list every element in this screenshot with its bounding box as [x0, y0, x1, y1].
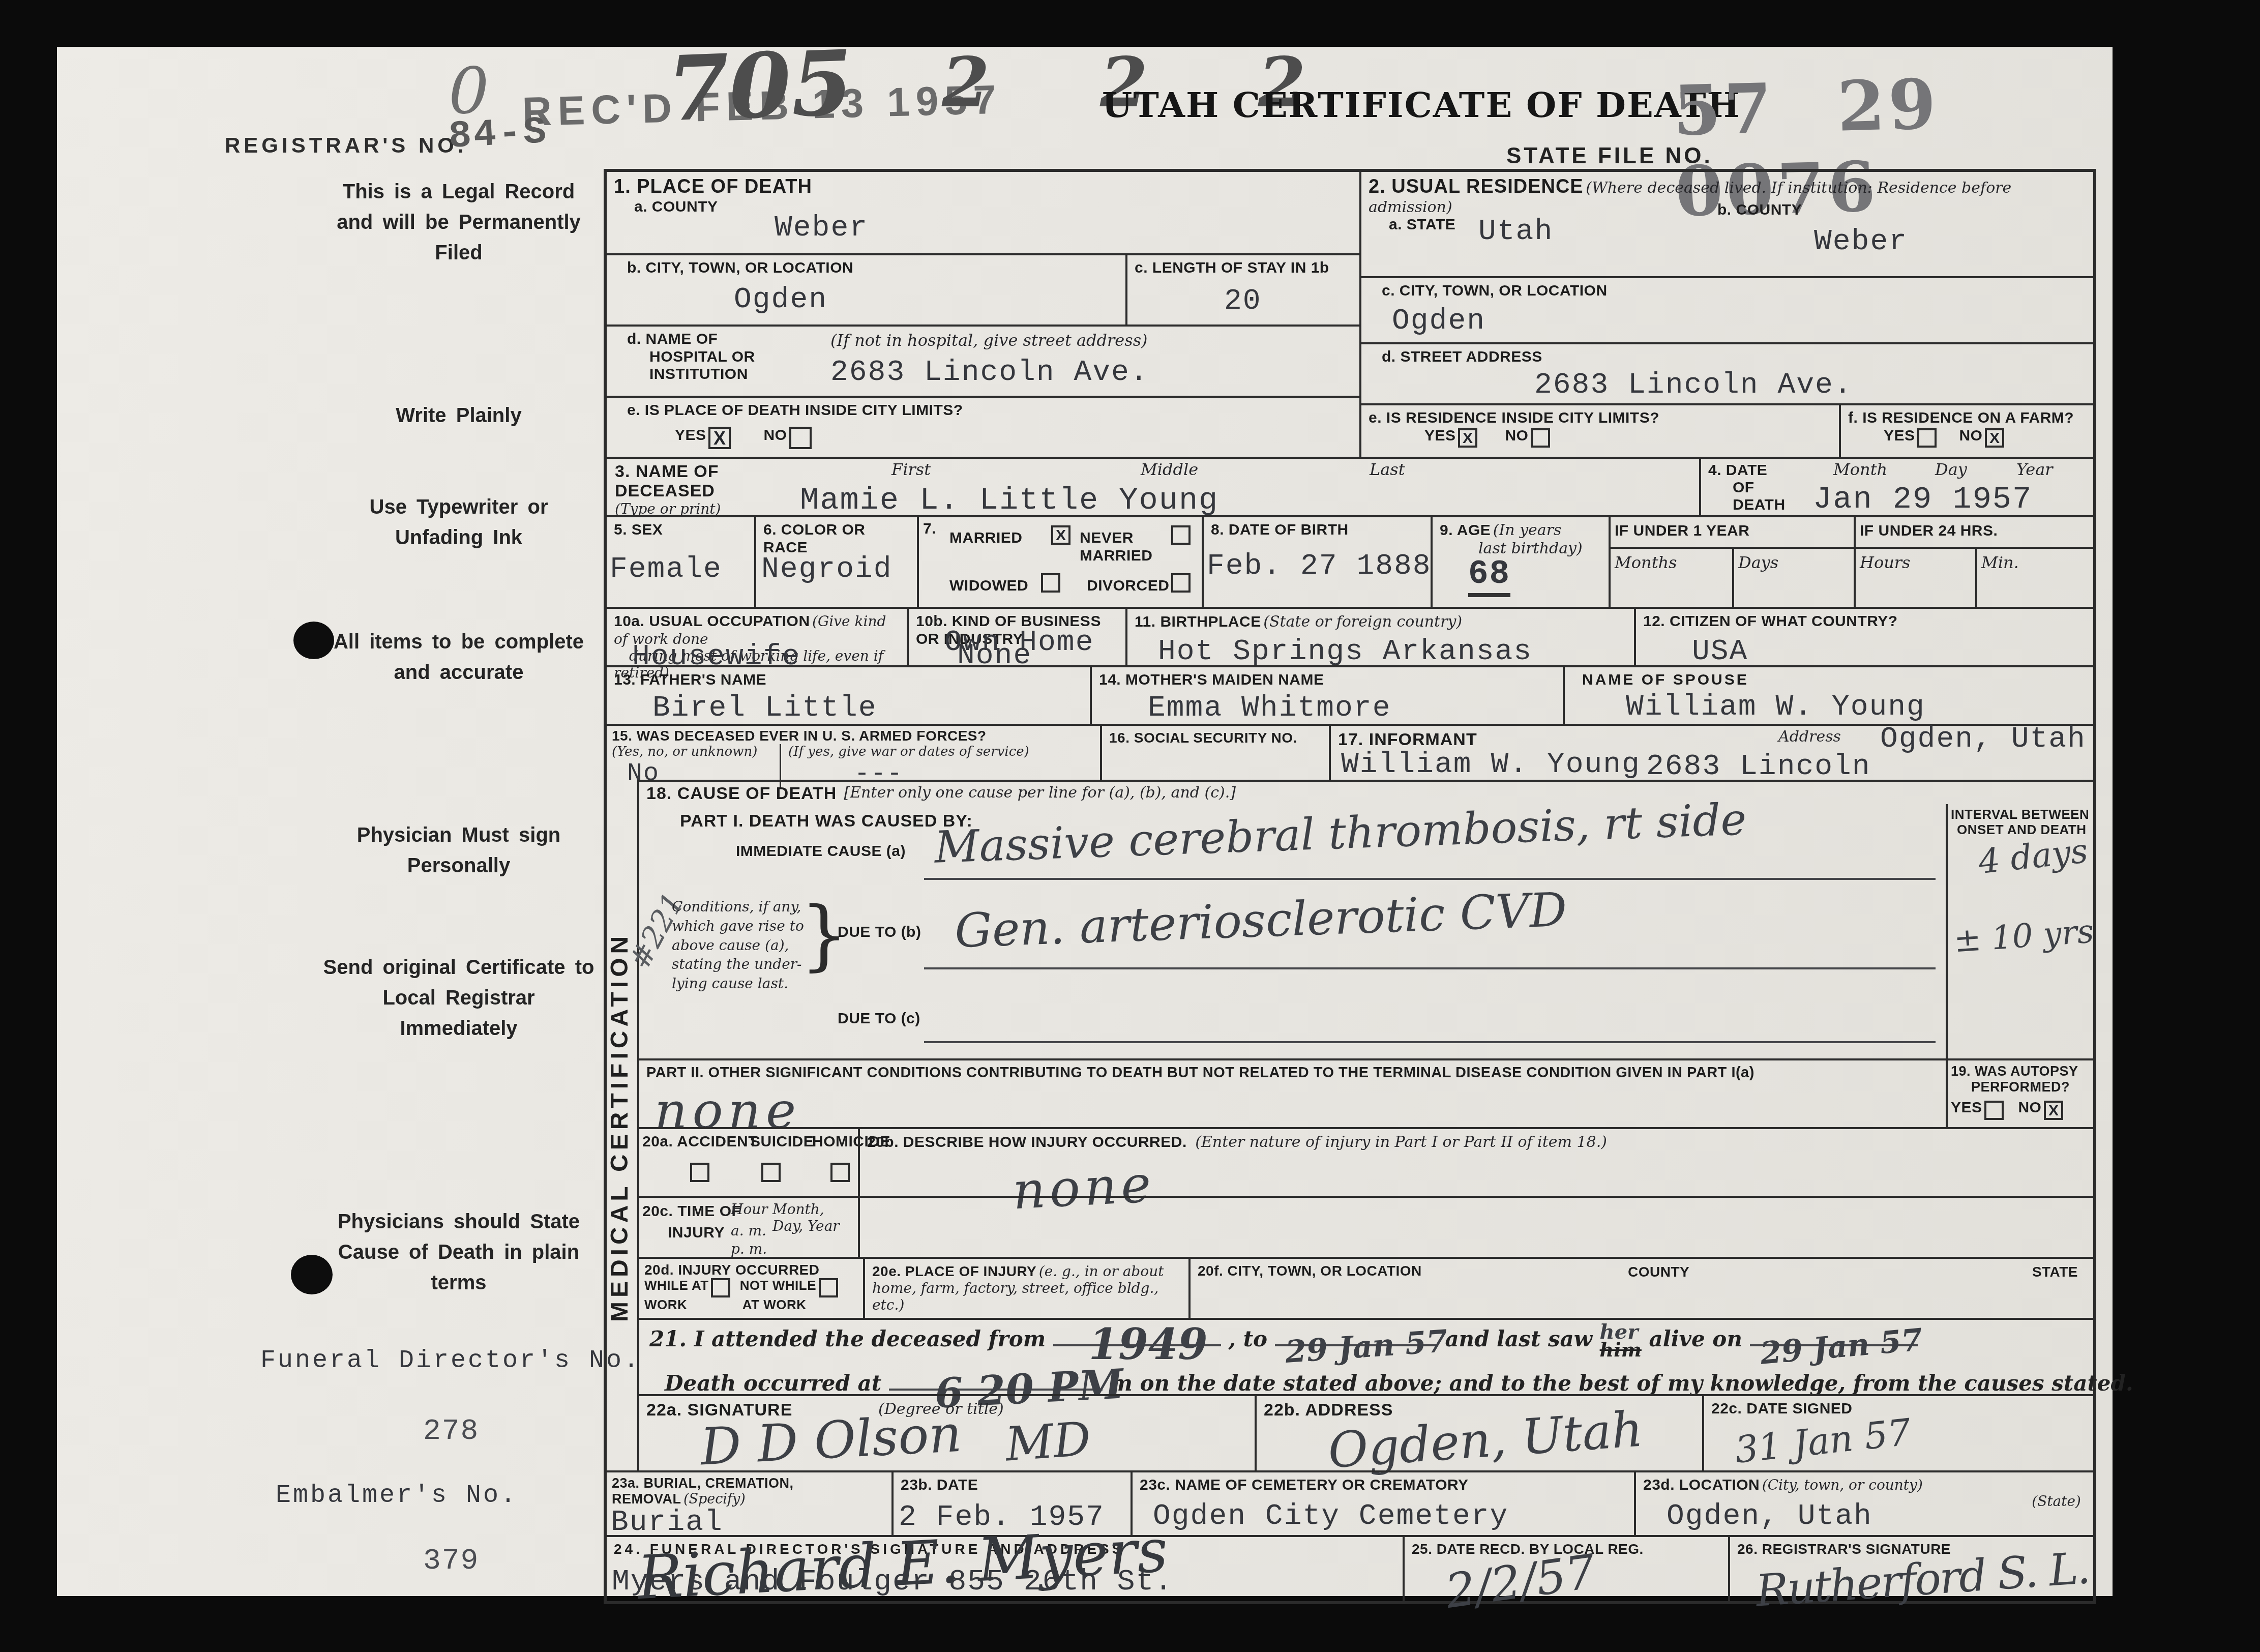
res-county-label: b. COUNTY: [1717, 201, 1802, 219]
row-18a: PART I. DEATH WAS CAUSED BY: IMMEDIATE C…: [639, 804, 2093, 893]
scanned-death-certificate: This is a Legal Record and will be Perma…: [0, 0, 2260, 1652]
res-city-limits-label: e. IS RESIDENCE INSIDE CITY LIMITS?: [1369, 409, 1659, 426]
father-value: Birel Little: [652, 692, 877, 725]
cell-20d-occurred: 20d. INJURY OCCURRED WHILE AT NOT WHILE …: [639, 1259, 863, 1318]
armed-note-1: (Yes, no, or unknown): [612, 744, 757, 759]
cause-of-death-header: 18. CAUSE OF DEATH: [646, 784, 837, 802]
attended-text-1: 21. I attended the deceased from: [649, 1326, 1046, 1351]
cell-10b-industry: 10b. KIND OF BUSINESS OR INDUSTRY Own Ho…: [907, 609, 1125, 665]
attended-to-value: 29 Jan 57: [1284, 1324, 1448, 1369]
age-label: 9. AGE: [1440, 522, 1491, 539]
death-city-limits-yes-checkbox: X: [708, 427, 731, 449]
middle-label: Middle: [1141, 460, 1198, 479]
cemetery-value: Ogden City Cemetery: [1153, 1500, 1508, 1533]
cell-spouse: NAME OF SPOUSE William W. Young: [1563, 667, 2093, 724]
month-label: Month: [1833, 460, 1887, 479]
interval-a-value: 4 days: [1977, 831, 2090, 881]
cell-2-state-county: 2. USUAL RESIDENCE (Where deceased lived…: [1361, 172, 2093, 276]
part2-label: PART II. OTHER SIGNIFICANT CONDITIONS CO…: [646, 1065, 1755, 1081]
cell-8-dob: 8. DATE OF BIRTH Feb. 27 1888: [1202, 517, 1431, 607]
attended-text-4: alive on: [1649, 1326, 1742, 1351]
immediate-cause-label: IMMEDIATE CAUSE (a): [736, 843, 906, 861]
date-signed-label: 22c. DATE SIGNED: [1711, 1400, 1853, 1417]
injury-state-label: STATE: [2032, 1264, 2078, 1280]
cell-20c-time: 20c. TIME OF INJURY Hour a. m. p. m. Mon…: [639, 1198, 858, 1257]
cell-22a-signature: 22a. SIGNATURE (Degree or title) D D Ols…: [639, 1396, 1255, 1470]
hour-label: Hour: [731, 1201, 768, 1218]
time-injury-label-1: 20c. TIME OF: [642, 1203, 741, 1221]
under-1-year-label: IF UNDER 1 YEAR: [1611, 517, 1854, 547]
cell-26-registrar: 26. REGISTRAR'S SIGNATURE Rutherford S. …: [1728, 1537, 2093, 1601]
cause-c-line: [924, 1041, 1936, 1043]
informant-label: 17. INFORMANT: [1338, 730, 1477, 749]
cell-24-funeral-director: 24. FUNERAL DIRECTOR'S SIGNATURE AND ADD…: [607, 1537, 1403, 1601]
certificate-title: UTAH CERTIFICATE OF DEATH: [1102, 85, 1741, 126]
cell-1b-city: b. CITY, TOWN, OR LOCATION Ogden: [607, 255, 1125, 324]
cell-20a-accident: 20a. ACCIDENT SUICIDE HOMICIDE: [639, 1129, 858, 1196]
time-injury-label-2: INJURY: [668, 1224, 725, 1242]
row-18b: #221 Conditions, if any, which gave rise…: [639, 893, 2093, 990]
embalmer-no-value: 379: [423, 1545, 479, 1578]
death-city-limits-no-checkbox: [789, 427, 812, 449]
first-label: First: [891, 460, 931, 479]
armed-note-2: (If yes, give war or dates of service): [788, 744, 1029, 759]
physician-degree: MD: [1003, 1411, 1092, 1471]
res-city-label: c. CITY, TOWN, OR LOCATION: [1382, 282, 1608, 299]
while-at-work-label-2: WORK: [644, 1297, 687, 1312]
yes-label: YES: [1951, 1099, 1982, 1116]
burial-label-1: 23a. BURIAL, CREMATION,: [612, 1476, 794, 1491]
sex-label: 5. SEX: [614, 521, 663, 538]
not-while-at-work-checkbox: [819, 1278, 838, 1297]
cause-a-value: Massive cerebral thrombosis, rt side: [934, 794, 1747, 873]
never-married-checkbox: [1171, 525, 1191, 545]
due-to-b-label: DUE TO (b): [838, 924, 921, 941]
citizen-label: 12. CITIZEN OF WHAT COUNTRY?: [1643, 613, 1898, 630]
min-label: Min.: [1975, 549, 2093, 609]
cell-7-marital: 7. MARRIED X NEVER MARRIED WIDOWED DIVOR…: [917, 517, 1202, 607]
attended-text-2: , to: [1228, 1326, 1267, 1351]
row-21-attended: 21. I attended the deceased from 1949 , …: [639, 1318, 2093, 1394]
hospital-value: 2683 Lincoln Ave.: [830, 356, 1149, 389]
state-label: a. STATE: [1389, 216, 1455, 233]
farm-yes-checkbox: [1917, 428, 1937, 448]
cell-19-autopsy: 19. WAS AUTOPSY PERFORMED? YES NO X: [1946, 1060, 2093, 1127]
certificate-paper: This is a Legal Record and will be Perma…: [57, 47, 2113, 1596]
hospital-label-2: HOSPITAL OR: [649, 348, 755, 365]
burial-label-2: REMOVAL: [612, 1491, 681, 1507]
father-label: 13. FATHER'S NAME: [614, 671, 766, 688]
hours-label: Hours: [1854, 549, 1975, 609]
pm-label: p. m.: [731, 1241, 767, 1257]
death-occurred-text-2: m on the date stated above; and to the b…: [1110, 1371, 2133, 1396]
row-place-residence: 1. PLACE OF DEATH a. COUNTY Weber b. CIT…: [607, 172, 2093, 457]
cell-1c-length-of-stay: c. LENGTH OF STAY IN 1b 20: [1125, 255, 1359, 324]
margin-note-plain-terms: Physicians should State Cause of Death i…: [321, 1206, 596, 1298]
birthplace-label: 11. BIRTHPLACE: [1135, 613, 1261, 630]
informant-addr1: Ogden, Utah: [1880, 723, 2086, 756]
margin-note-complete: All items to be complete and accurate: [321, 627, 596, 688]
spouse-value: William W. Young: [1626, 691, 1925, 724]
cell-13-father: 13. FATHER'S NAME Birel Little: [607, 667, 1090, 724]
cell-interval-b: ± 10 yrs: [1946, 893, 2093, 990]
cell-18b-due-to: #221 Conditions, if any, which gave rise…: [639, 893, 1946, 990]
cell-25-date-recd: 25. DATE RECD. BY LOCAL REG. 2/2/57: [1403, 1537, 1728, 1601]
cell-18a-immediate-cause: PART I. DEATH WAS CAUSED BY: IMMEDIATE C…: [639, 804, 1946, 893]
cell-14-mother: 14. MOTHER'S MAIDEN NAME Emma Whitmore: [1090, 667, 1563, 724]
last-saw-value: 29 Jan 57: [1759, 1323, 1923, 1371]
injury-occurred-label: 20d. INJURY OCCURRED: [644, 1262, 820, 1278]
cell-interval-c: [1946, 990, 2093, 1058]
burial-note: (Specify): [683, 1491, 746, 1507]
no-label: NO: [1959, 427, 1982, 444]
attended-text-3: and last saw: [1445, 1326, 1592, 1351]
no-label: NO: [763, 427, 787, 444]
autopsy-no-checkbox: X: [2044, 1101, 2063, 1120]
section-usual-residence: 2. USUAL RESIDENCE (Where deceased lived…: [1359, 172, 2093, 457]
marital-number: 7.: [923, 520, 936, 538]
cell-1d-hospital: d. NAME OF HOSPITAL OR INSTITUTION (If n…: [607, 324, 1359, 396]
describe-injury-label: 20b. DESCRIBE HOW INJURY OCCURRED.: [867, 1134, 1187, 1150]
day-label: Day: [1935, 460, 1967, 479]
autopsy-label-1: 19. WAS AUTOPSY: [1951, 1064, 2078, 1079]
while-at-work-label-1: WHILE AT: [644, 1278, 709, 1293]
cell-9-under-year: IF UNDER 1 YEAR IF UNDER 24 HRS. Months …: [1609, 517, 2093, 607]
row-armed-informant: 15. WAS DECEASED EVER IN U. S. ARMED FOR…: [607, 724, 2093, 780]
state-note: (State): [2032, 1493, 2081, 1510]
cell-1-county: 1. PLACE OF DEATH a. COUNTY Weber: [607, 172, 1359, 253]
month-day-year-label: Month, Day, Year: [772, 1201, 858, 1234]
burial-location-label: 23d. LOCATION: [1643, 1477, 1760, 1493]
res-city-value: Ogden: [1392, 305, 1485, 338]
embalmer-no-label: Embalmer's No.: [276, 1481, 518, 1510]
death-city-limits-label: e. IS PLACE OF DEATH INSIDE CITY LIMITS?: [627, 402, 963, 419]
medical-certification-section: 18. CAUSE OF DEATH [Enter only one cause…: [637, 780, 2093, 1470]
age-note-1: (In years: [1493, 521, 1562, 539]
armed-forces-label: 15. WAS DECEASED EVER IN U. S. ARMED FOR…: [612, 728, 987, 744]
not-while-label-2: AT WORK: [742, 1297, 807, 1312]
informant-address-label: Address: [1778, 728, 1841, 746]
row-18c: DUE TO (c): [639, 990, 2093, 1058]
margin-note-legal-record: This is a Legal Record and will be Perma…: [321, 176, 596, 268]
part1-label: PART I. DEATH WAS CAUSED BY:: [680, 811, 973, 831]
street-address-label: d. STREET ADDRESS: [1382, 348, 1542, 365]
cell-20e-place: 20e. PLACE OF INJURY (e. g., in or about…: [863, 1259, 1188, 1318]
no-label: NO: [1505, 427, 1528, 444]
informant-name-value: William W. Young: [1341, 748, 1641, 781]
no-label: NO: [2018, 1099, 2041, 1116]
cause-b-line: [924, 967, 1936, 969]
row-23-burial: 23a. BURIAL, CREMATION, REMOVAL (Specify…: [607, 1470, 2093, 1535]
margin-note-physician-sign: Physician Must sign Personally: [321, 820, 596, 881]
spouse-label: NAME OF SPOUSE: [1582, 671, 1749, 688]
cell-part2: PART II. OTHER SIGNIFICANT CONDITIONS CO…: [639, 1060, 1946, 1127]
row-22-signature: 22a. SIGNATURE (Degree or title) D D Ols…: [639, 1394, 2093, 1470]
married-checkbox: X: [1051, 525, 1070, 545]
registrars-no-label: REGISTRAR'S NO.: [225, 133, 467, 158]
occupation-label: 10a. USUAL OCCUPATION: [614, 613, 810, 630]
mother-label: 14. MOTHER'S MAIDEN NAME: [1099, 671, 1324, 688]
ssn-label: 16. SOCIAL SECURITY NO.: [1109, 730, 1297, 746]
usual-residence-title: 2. USUAL RESIDENCE: [1369, 176, 1584, 197]
accident-label: ACCIDENT: [677, 1133, 758, 1151]
burial-location-note: (City, town, or county): [1762, 1477, 1923, 1493]
him-printed-struck: him: [1600, 1341, 1642, 1359]
death-certificate-form: MEDICAL CERTIFICATION 1. PLACE OF DEATH …: [604, 169, 2096, 1604]
accident-number: 20a.: [642, 1133, 673, 1151]
section-place-of-death: 1. PLACE OF DEATH a. COUNTY Weber b. CIT…: [607, 172, 1359, 457]
county-value: Weber: [775, 212, 868, 245]
due-to-c-label: DUE TO (c): [838, 1010, 920, 1028]
injury-county-label: COUNTY: [1628, 1264, 1689, 1280]
dod-label-2: OF: [1733, 479, 1755, 497]
informant-addr2: 2683 Lincoln: [1646, 750, 1871, 783]
row-sex-race-age: 5. SEX Female 6. COLOR OR RACE Negroid 7…: [607, 515, 2093, 607]
dod-label-1: 4. DATE: [1708, 462, 1767, 480]
accident-checkbox: [690, 1163, 709, 1182]
margin-note-typewriter: Use Typewriter or Unfading Ink: [321, 492, 596, 553]
mother-value: Emma Whitmore: [1148, 692, 1391, 725]
cemetery-label: 23c. NAME OF CEMETERY OR CREMATORY: [1140, 1477, 1469, 1493]
cell-3-name: 3. NAME OF DECEASED (Type or print) Firs…: [607, 459, 1699, 515]
farm-label: f. IS RESIDENCE ON A FARM?: [1848, 409, 2074, 426]
cause-a-line: [924, 878, 1936, 880]
city-value: Ogden: [734, 283, 827, 316]
suicide-label: SUICIDE: [750, 1133, 814, 1151]
cell-18c-due-to: DUE TO (c): [639, 990, 1946, 1058]
sex-value: Female: [610, 553, 722, 586]
months-label: Months: [1611, 549, 1732, 609]
city-label: b. CITY, TOWN, OR LOCATION: [627, 259, 853, 276]
cell-15-armed-forces: 15. WAS DECEASED EVER IN U. S. ARMED FOR…: [607, 726, 1100, 780]
margin-note-write-plainly: Write Plainly: [321, 400, 596, 431]
injury-city-label: 20f. CITY, TOWN, OR LOCATION: [1198, 1263, 1422, 1279]
age-value: 68: [1468, 555, 1510, 597]
describe-injury-note: (Enter nature of injury in Part I or Par…: [1195, 1133, 1607, 1151]
yes-label: YES: [675, 427, 706, 444]
state-value: Utah: [1478, 215, 1553, 248]
citizen-value: USA: [1692, 635, 1748, 668]
dod-value: Jan 29 1957: [1813, 481, 2032, 517]
row-20ab: 20a. ACCIDENT SUICIDE HOMICIDE 20b. DESC…: [639, 1127, 2093, 1196]
row-occupation: 10a. USUAL OCCUPATION (Give kind of work…: [607, 607, 2093, 665]
length-of-stay-label: c. LENGTH OF STAY IN 1b: [1135, 259, 1329, 276]
under-24-hrs-label: IF UNDER 24 HRS.: [1854, 517, 2093, 547]
cell-20c-blank: [858, 1198, 2093, 1257]
widowed-checkbox: [1041, 573, 1060, 593]
cell-6-race: 6. COLOR OR RACE Negroid: [754, 517, 917, 607]
cell-interval-a: INTERVAL BETWEEN ONSET AND DEATH 4 days: [1946, 804, 2093, 893]
dob-label: 8. DATE OF BIRTH: [1211, 521, 1349, 538]
row-20def: 20d. INJURY OCCURRED WHILE AT NOT WHILE …: [639, 1257, 2093, 1318]
divorced-checkbox: [1171, 573, 1191, 593]
date-signed-value: 31 Jan 57: [1733, 1410, 1913, 1471]
suicide-checkbox: [761, 1163, 781, 1182]
birthplace-value: Hot Springs Arkansas: [1158, 635, 1532, 668]
cause-of-death-note: [Enter only one cause per line for (a), …: [844, 784, 1236, 802]
hospital-note: (If not in hospital, give street address…: [830, 331, 1148, 350]
street-address-value: 2683 Lincoln Ave.: [1534, 369, 1853, 402]
conditions-note: Conditions, if any, which gave rise to a…: [672, 897, 804, 993]
cell-2c-city: c. CITY, TOWN, OR LOCATION Ogden: [1361, 276, 2093, 342]
cell-23d-location: 23d. LOCATION (City, town, or county) (S…: [1634, 1472, 2093, 1535]
cell-20f-city-county-state: 20f. CITY, TOWN, OR LOCATION COUNTY STAT…: [1188, 1259, 2093, 1318]
length-of-stay-value: 20: [1224, 285, 1262, 318]
autopsy-label-2: PERFORMED?: [1971, 1079, 2070, 1095]
row-24-funeral-director: 24. FUNERAL DIRECTOR'S SIGNATURE AND ADD…: [607, 1535, 2093, 1601]
cell-1e-city-limits: e. IS PLACE OF DEATH INSIDE CITY LIMITS?…: [607, 396, 1359, 457]
res-county-value: Weber: [1814, 225, 1908, 258]
cell-23c-cemetery: 23c. NAME OF CEMETERY OR CREMATORY Ogden…: [1131, 1472, 1634, 1535]
widowed-label: WIDOWED: [949, 577, 1028, 595]
signer-address-label: 22b. ADDRESS: [1264, 1400, 1393, 1420]
birthplace-note: (State or foreign country): [1263, 613, 1462, 631]
registrars-no-value: 84-S: [448, 110, 549, 159]
race-value: Negroid: [761, 553, 893, 586]
hospital-label-1: d. NAME OF: [627, 331, 718, 347]
row-18-header: 18. CAUSE OF DEATH [Enter only one cause…: [639, 780, 2093, 804]
cell-2e-res-city-limits: e. IS RESIDENCE INSIDE CITY LIMITS? YES …: [1361, 405, 1839, 457]
cell-16-ssn: 16. SOCIAL SECURITY NO.: [1100, 726, 1329, 780]
homicide-checkbox: [830, 1163, 850, 1182]
row-parents-spouse: 13. FATHER'S NAME Birel Little 14. MOTHE…: [607, 665, 2093, 724]
place-of-injury-label: 20e. PLACE OF INJURY: [872, 1263, 1036, 1279]
divorced-label: DIVORCED: [1087, 577, 1169, 595]
cell-4-date-of-death: 4. DATE OF DEATH Month Day Year Jan 29 1…: [1699, 459, 2093, 515]
while-at-work-checkbox: [711, 1278, 730, 1297]
interval-b-value: ± 10 yrs: [1953, 912, 2095, 960]
dod-label-3: DEATH: [1733, 496, 1786, 514]
burial-value: Burial: [611, 1506, 723, 1539]
days-label: Days: [1732, 549, 1854, 609]
cell-11-birthplace: 11. BIRTHPLACE (State or foreign country…: [1125, 609, 1634, 665]
farm-no-checkbox: X: [1985, 428, 2004, 448]
row-name-date: 3. NAME OF DECEASED (Type or print) Firs…: [607, 457, 2093, 515]
hospital-label-3: INSTITUTION: [649, 366, 748, 382]
cell-10a-occupation: 10a. USUAL OCCUPATION (Give kind of work…: [607, 609, 907, 665]
deceased-name-value: Mamie L. Little Young: [800, 482, 1218, 518]
am-label: a. m.: [731, 1222, 766, 1239]
not-while-label-1: NOT WHILE: [740, 1278, 816, 1293]
medical-certification-vertical-label: MEDICAL CERTIFICATION: [606, 785, 635, 1469]
autopsy-yes-checkbox: [1984, 1101, 2004, 1120]
row-part2-autopsy: PART II. OTHER SIGNIFICANT CONDITIONS CO…: [639, 1058, 2093, 1127]
res-city-limits-yes-checkbox: X: [1458, 428, 1477, 448]
county-label: a. COUNTY: [634, 198, 718, 215]
burial-location-value: Ogden, Utah: [1667, 1500, 1872, 1533]
name-label-2: DECEASED: [615, 481, 715, 501]
place-of-death-title: 1. PLACE OF DEATH: [614, 176, 812, 197]
margin-note-send-original: Send original Certificate to Local Regis…: [321, 952, 596, 1044]
cell-2d-street: d. STREET ADDRESS 2683 Lincoln Ave.: [1361, 342, 2093, 403]
cell-2f-farm: f. IS RESIDENCE ON A FARM? YES NO X: [1839, 405, 2093, 457]
yes-label: YES: [1884, 427, 1915, 444]
cell-5-sex: 5. SEX Female: [607, 517, 754, 607]
cell-9-age: 9. AGE (In years last birthday) 68: [1431, 517, 1609, 607]
hand-digits-705: 705: [666, 31, 855, 142]
race-label: 6. COLOR OR RACE: [763, 521, 866, 556]
res-city-limits-no-checkbox: [1531, 428, 1550, 448]
row-20c: 20c. TIME OF INJURY Hour a. m. p. m. Mon…: [639, 1196, 2093, 1257]
dob-value: Feb. 27 1888: [1207, 550, 1432, 583]
cell-20b-describe: 20b. DESCRIBE HOW INJURY OCCURRED. (Ente…: [858, 1129, 2093, 1196]
cell-17-informant: 17. INFORMANT Address Ogden, Utah Willia…: [1329, 726, 2093, 780]
cell-23a-burial: 23a. BURIAL, CREMATION, REMOVAL (Specify…: [607, 1472, 891, 1535]
death-occurred-text: Death occurred at: [665, 1371, 881, 1396]
married-label: MARRIED: [949, 529, 1023, 547]
funeral-director-no-label: Funeral Director's No.: [260, 1346, 641, 1375]
cause-b-value: Gen. arteriosclerotic CVD: [954, 882, 1567, 958]
year-label: Year: [2016, 460, 2053, 479]
name-label-1: 3. NAME OF: [615, 462, 719, 482]
funeral-director-no-value: 278: [423, 1415, 479, 1448]
cell-22c-date-signed: 22c. DATE SIGNED 31 Jan 57: [1702, 1396, 2093, 1470]
cell-22b-address: 22b. ADDRESS Ogden, Utah: [1255, 1396, 1702, 1470]
yes-label: YES: [1424, 427, 1456, 444]
cell-12-citizen: 12. CITIZEN OF WHAT COUNTRY? USA: [1634, 609, 2093, 665]
last-label: Last: [1370, 460, 1405, 479]
burial-date-label: 23b. DATE: [901, 1477, 978, 1493]
interval-label-1: INTERVAL BETWEEN: [1951, 807, 2089, 822]
